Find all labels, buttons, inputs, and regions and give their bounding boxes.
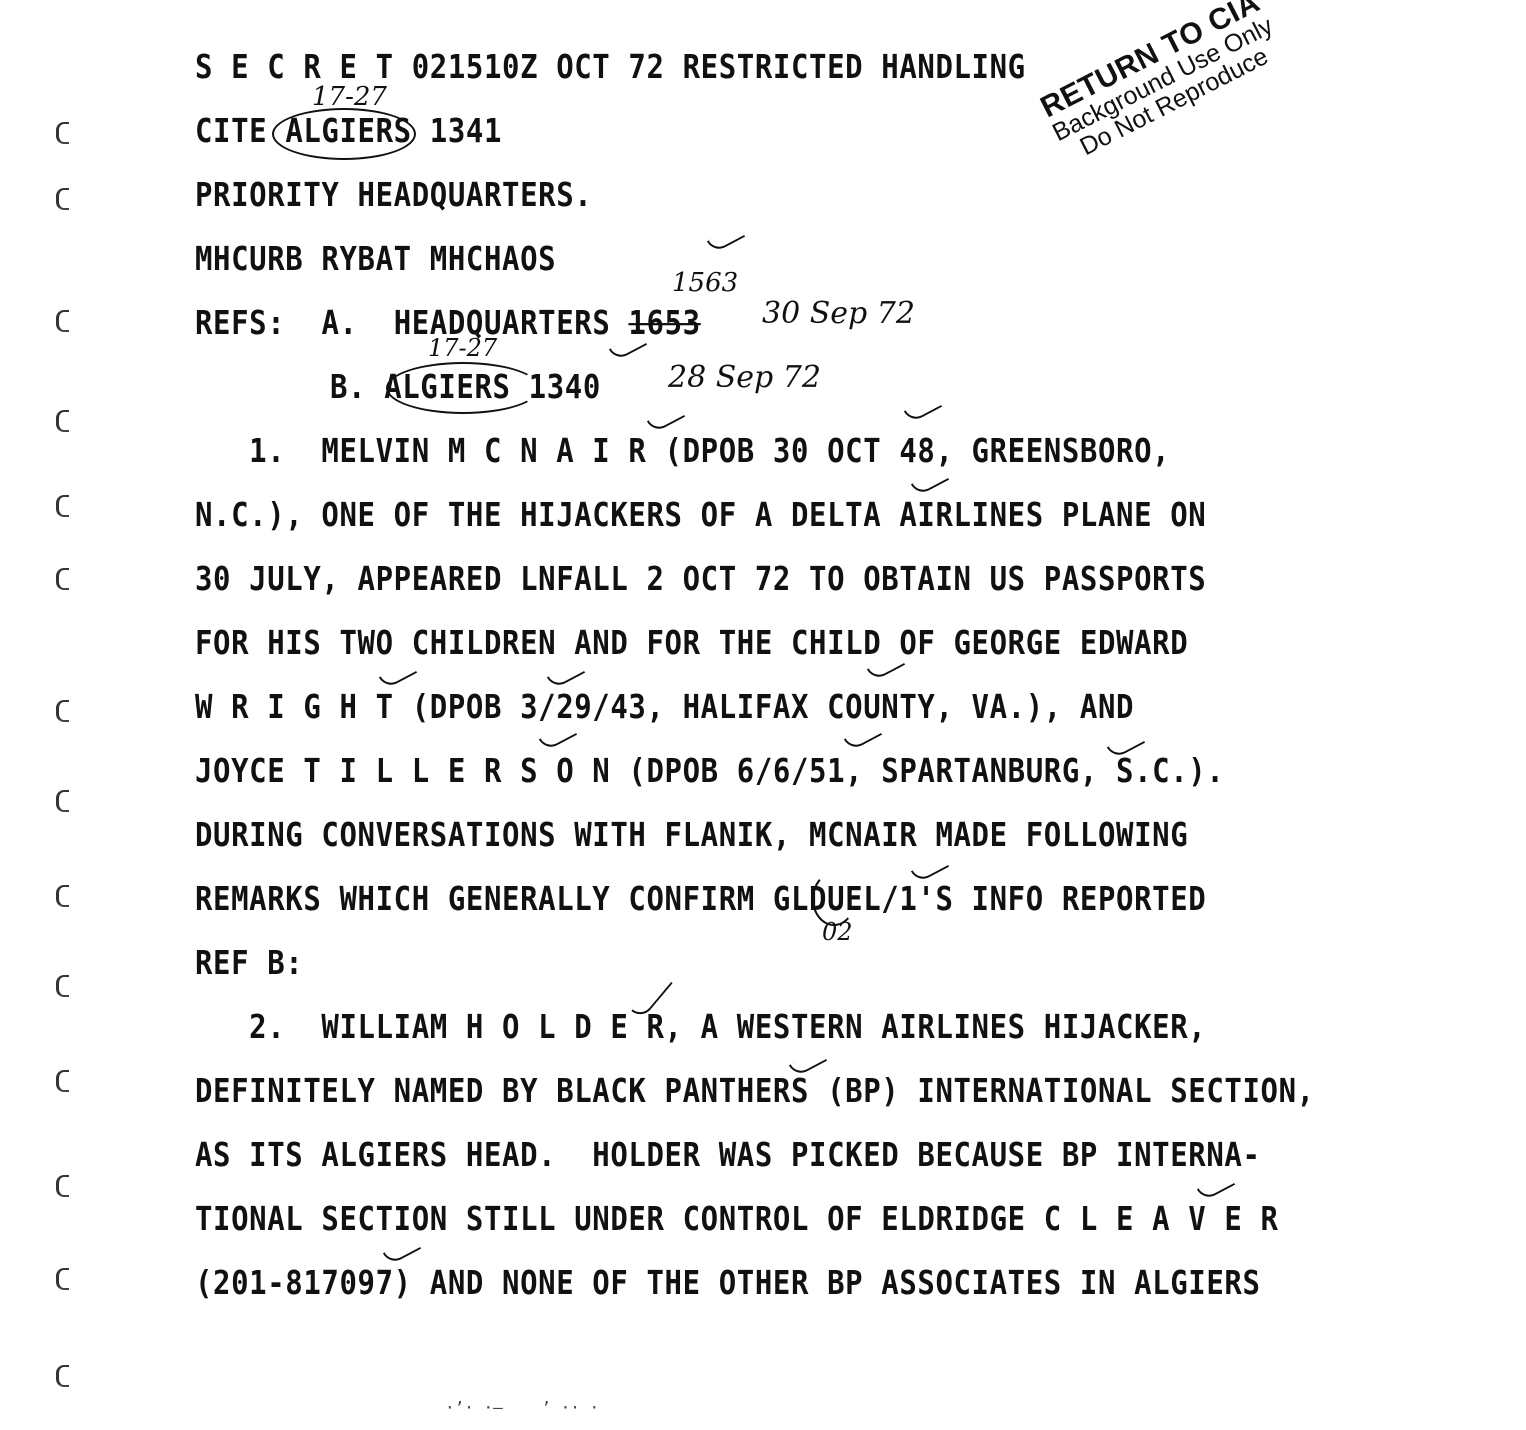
scan-noise: ·’· ·– ’ ·· · [445, 1398, 599, 1417]
check-mark-icon [844, 722, 882, 751]
ref-a-text: HEADQUARTERS [394, 304, 611, 342]
body-line: W R I G H T (DPOB 3/29/43, HALIFAX COUNT… [195, 688, 1134, 726]
ref-b-letter: B. [330, 368, 366, 406]
ref-a-letter: A. [321, 304, 357, 342]
classification-line: S E C R E T 021510Z OCT 72 RESTRICTED HA… [195, 48, 1026, 86]
check-mark-icon [547, 660, 585, 689]
margin-mark [56, 568, 69, 590]
margin-mark [56, 700, 69, 722]
check-mark-icon [911, 467, 949, 496]
body-line: DEFINITELY NAMED BY BLACK PANTHERS (BP) … [195, 1072, 1315, 1110]
check-mark-icon [647, 404, 685, 433]
body-line: (201-817097) AND NONE OF THE OTHER BP AS… [195, 1264, 1261, 1302]
margin-mark [56, 1365, 69, 1387]
body-line: 30 JULY, APPEARED LNFALL 2 OCT 72 TO OBT… [195, 560, 1206, 598]
body-line: DURING CONVERSATIONS WITH FLANIK, MCNAIR… [195, 816, 1188, 854]
body-line: REF B: [195, 944, 303, 982]
body-line: N.C.), ONE OF THE HIJACKERS OF A DELTA A… [195, 496, 1206, 534]
return-to-cia-stamp: RETURN TO CIA Background Use Only Do Not… [1010, 0, 1314, 181]
margin-mark [56, 790, 69, 812]
ref-a-handwritten-date: 30 Sep 72 [762, 296, 915, 331]
margin-mark [56, 188, 69, 210]
margin-mark [56, 1175, 69, 1197]
check-mark-icon [707, 224, 745, 253]
margin-mark [56, 310, 69, 332]
margin-mark [56, 885, 69, 907]
ref-b-handwritten-date: 28 Sep 72 [668, 360, 821, 395]
body-line: FOR HIS TWO CHILDREN AND FOR THE CHILD O… [195, 624, 1188, 662]
check-mark-icon [904, 394, 942, 423]
margin-mark [56, 495, 69, 517]
body-line: 2. WILLIAM H O L D E R, A WESTERN AIRLIN… [195, 1008, 1206, 1046]
margin-mark [56, 975, 69, 997]
handwritten-circle [272, 108, 416, 160]
check-mark-icon [1197, 1172, 1235, 1201]
slug-line: MHCURB RYBAT MHCHAOS [195, 240, 556, 278]
check-mark-icon [379, 660, 417, 689]
precedence-line: PRIORITY HEADQUARTERS. [195, 176, 592, 214]
margin-mark [56, 1268, 69, 1290]
body-line: REMARKS WHICH GENERALLY CONFIRM GLDUEL/1… [195, 880, 1206, 918]
handwritten-circle [386, 362, 540, 414]
gl-circle-note: 02 [822, 918, 853, 946]
ref-a-handwritten-number: 1563 [672, 268, 738, 298]
margin-mark [56, 122, 69, 144]
cite-prefix: CITE [195, 112, 267, 150]
margin-mark [56, 1070, 69, 1092]
body-line: JOYCE T I L L E R S O N (DPOB 6/6/51, SP… [195, 752, 1224, 790]
check-mark-icon [383, 1236, 421, 1265]
body-line: AS ITS ALGIERS HEAD. HOLDER WAS PICKED B… [195, 1136, 1261, 1174]
refs-label: REFS: [195, 304, 285, 342]
check-mark-icon [539, 722, 577, 751]
margin-mark [56, 410, 69, 432]
ref-b-annotation: 17-27 [428, 334, 497, 362]
body-line: TIONAL SECTION STILL UNDER CONTROL OF EL… [195, 1200, 1279, 1238]
document-page: S E C R E T 021510Z OCT 72 RESTRICTED HA… [0, 0, 1526, 1430]
body-line: 1. MELVIN M C N A I R (DPOB 30 OCT 48, G… [195, 432, 1170, 470]
cite-number: 1341 [430, 112, 502, 150]
